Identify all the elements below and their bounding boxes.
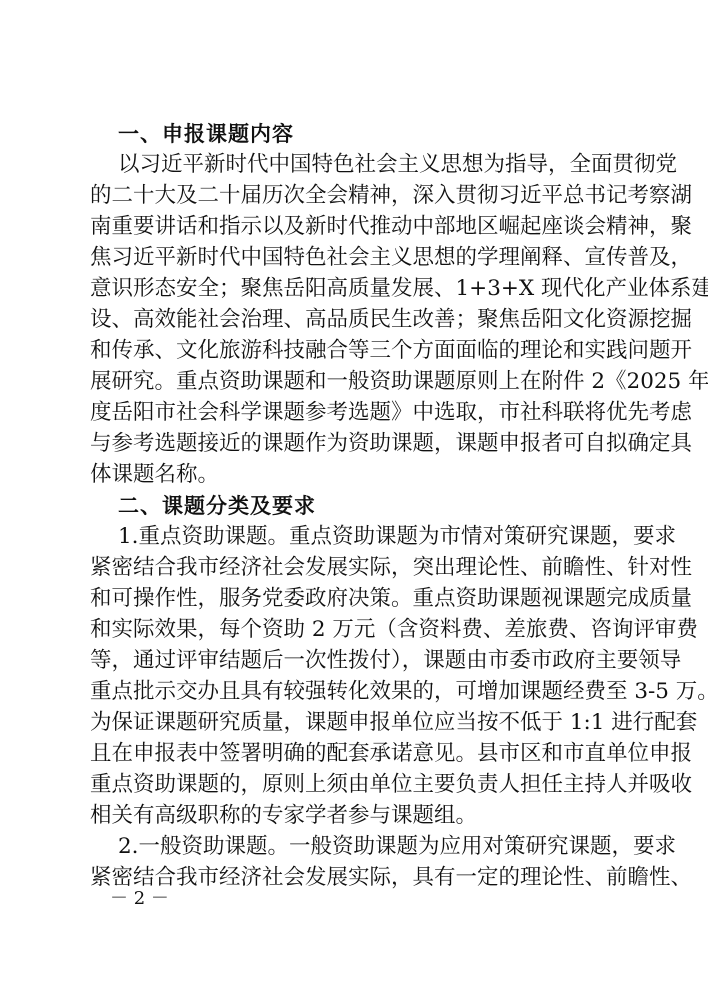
document-page: 一、申报课题内容 以习近平新时代中国特色社会主义思想为指导，全面贯彻党 的二十大… — [0, 0, 708, 1000]
paragraph-line: 意识形态安全；聚焦岳阳高质量发展、1+3+X 现代化产业体系建 — [90, 276, 620, 302]
paragraph-line: 重点资助课题的，原则上须由单位主要负责人担任主持人并吸收 — [90, 772, 620, 798]
paragraph-line: 以习近平新时代中国特色社会主义思想为指导，全面贯彻党 — [118, 152, 620, 178]
page-number: － 2 － — [110, 888, 169, 910]
paragraph-line: 焦习近平新时代中国特色社会主义思想的学理阐释、宣传普及， — [90, 245, 620, 271]
paragraph-line: 的二十大及二十届历次全会精神，深入贯彻习近平总书记考察湖 — [90, 183, 620, 209]
paragraph-line: 和传承、文化旅游科技融合等三个方面面临的理论和实践问题开 — [90, 338, 620, 364]
paragraph-line: 为保证课题研究质量，课题申报单位应当按不低于 1:1 进行配套 — [90, 710, 620, 736]
paragraph-line: 相关有高级职称的专家学者参与课题组。 — [90, 803, 620, 829]
paragraph-line: 设、高效能社会治理、高品质民生改善；聚焦岳阳文化资源挖掘 — [90, 307, 620, 333]
paragraph-line: 且在申报表中签署明确的配套承诺意见。县市区和市直单位申报 — [90, 741, 620, 767]
paragraph-line: 重点批示交办且具有较强转化效果的，可增加课题经费至 3-5 万。 — [90, 679, 620, 705]
paragraph-line: 1.重点资助课题。重点资助课题为市情对策研究课题，要求 — [118, 524, 620, 550]
paragraph-line: 紧密结合我市经济社会发展实际，具有一定的理论性、前瞻性、 — [90, 865, 620, 891]
section-heading-2: 二、课题分类及要求 — [118, 493, 316, 519]
paragraph-line: 体课题名称。 — [90, 462, 620, 488]
paragraph-line: 度岳阳市社会科学课题参考选题》中选取，市社科联将优先考虑 — [90, 400, 620, 426]
paragraph-line: 2.一般资助课题。一般资助课题为应用对策研究课题，要求 — [118, 834, 620, 860]
paragraph-line: 南重要讲话和指示以及新时代推动中部地区崛起座谈会精神，聚 — [90, 214, 620, 240]
paragraph-line: 与参考选题接近的课题作为资助课题，课题申报者可自拟确定具 — [90, 431, 620, 457]
section-heading-1: 一、申报课题内容 — [118, 121, 294, 147]
paragraph-line: 和可操作性，服务党委政府决策。重点资助课题视课题完成质量 — [90, 586, 620, 612]
paragraph-line: 和实际效果，每个资助 2 万元（含资料费、差旅费、咨询评审费 — [90, 617, 620, 643]
paragraph-line: 等，通过评审结题后一次性拨付），课题由市委市政府主要领导 — [90, 648, 620, 674]
paragraph-line: 紧密结合我市经济社会发展实际，突出理论性、前瞻性、针对性 — [90, 555, 620, 581]
paragraph-line: 展研究。重点资助课题和一般资助课题原则上在附件 2《2025 年 — [90, 369, 620, 395]
